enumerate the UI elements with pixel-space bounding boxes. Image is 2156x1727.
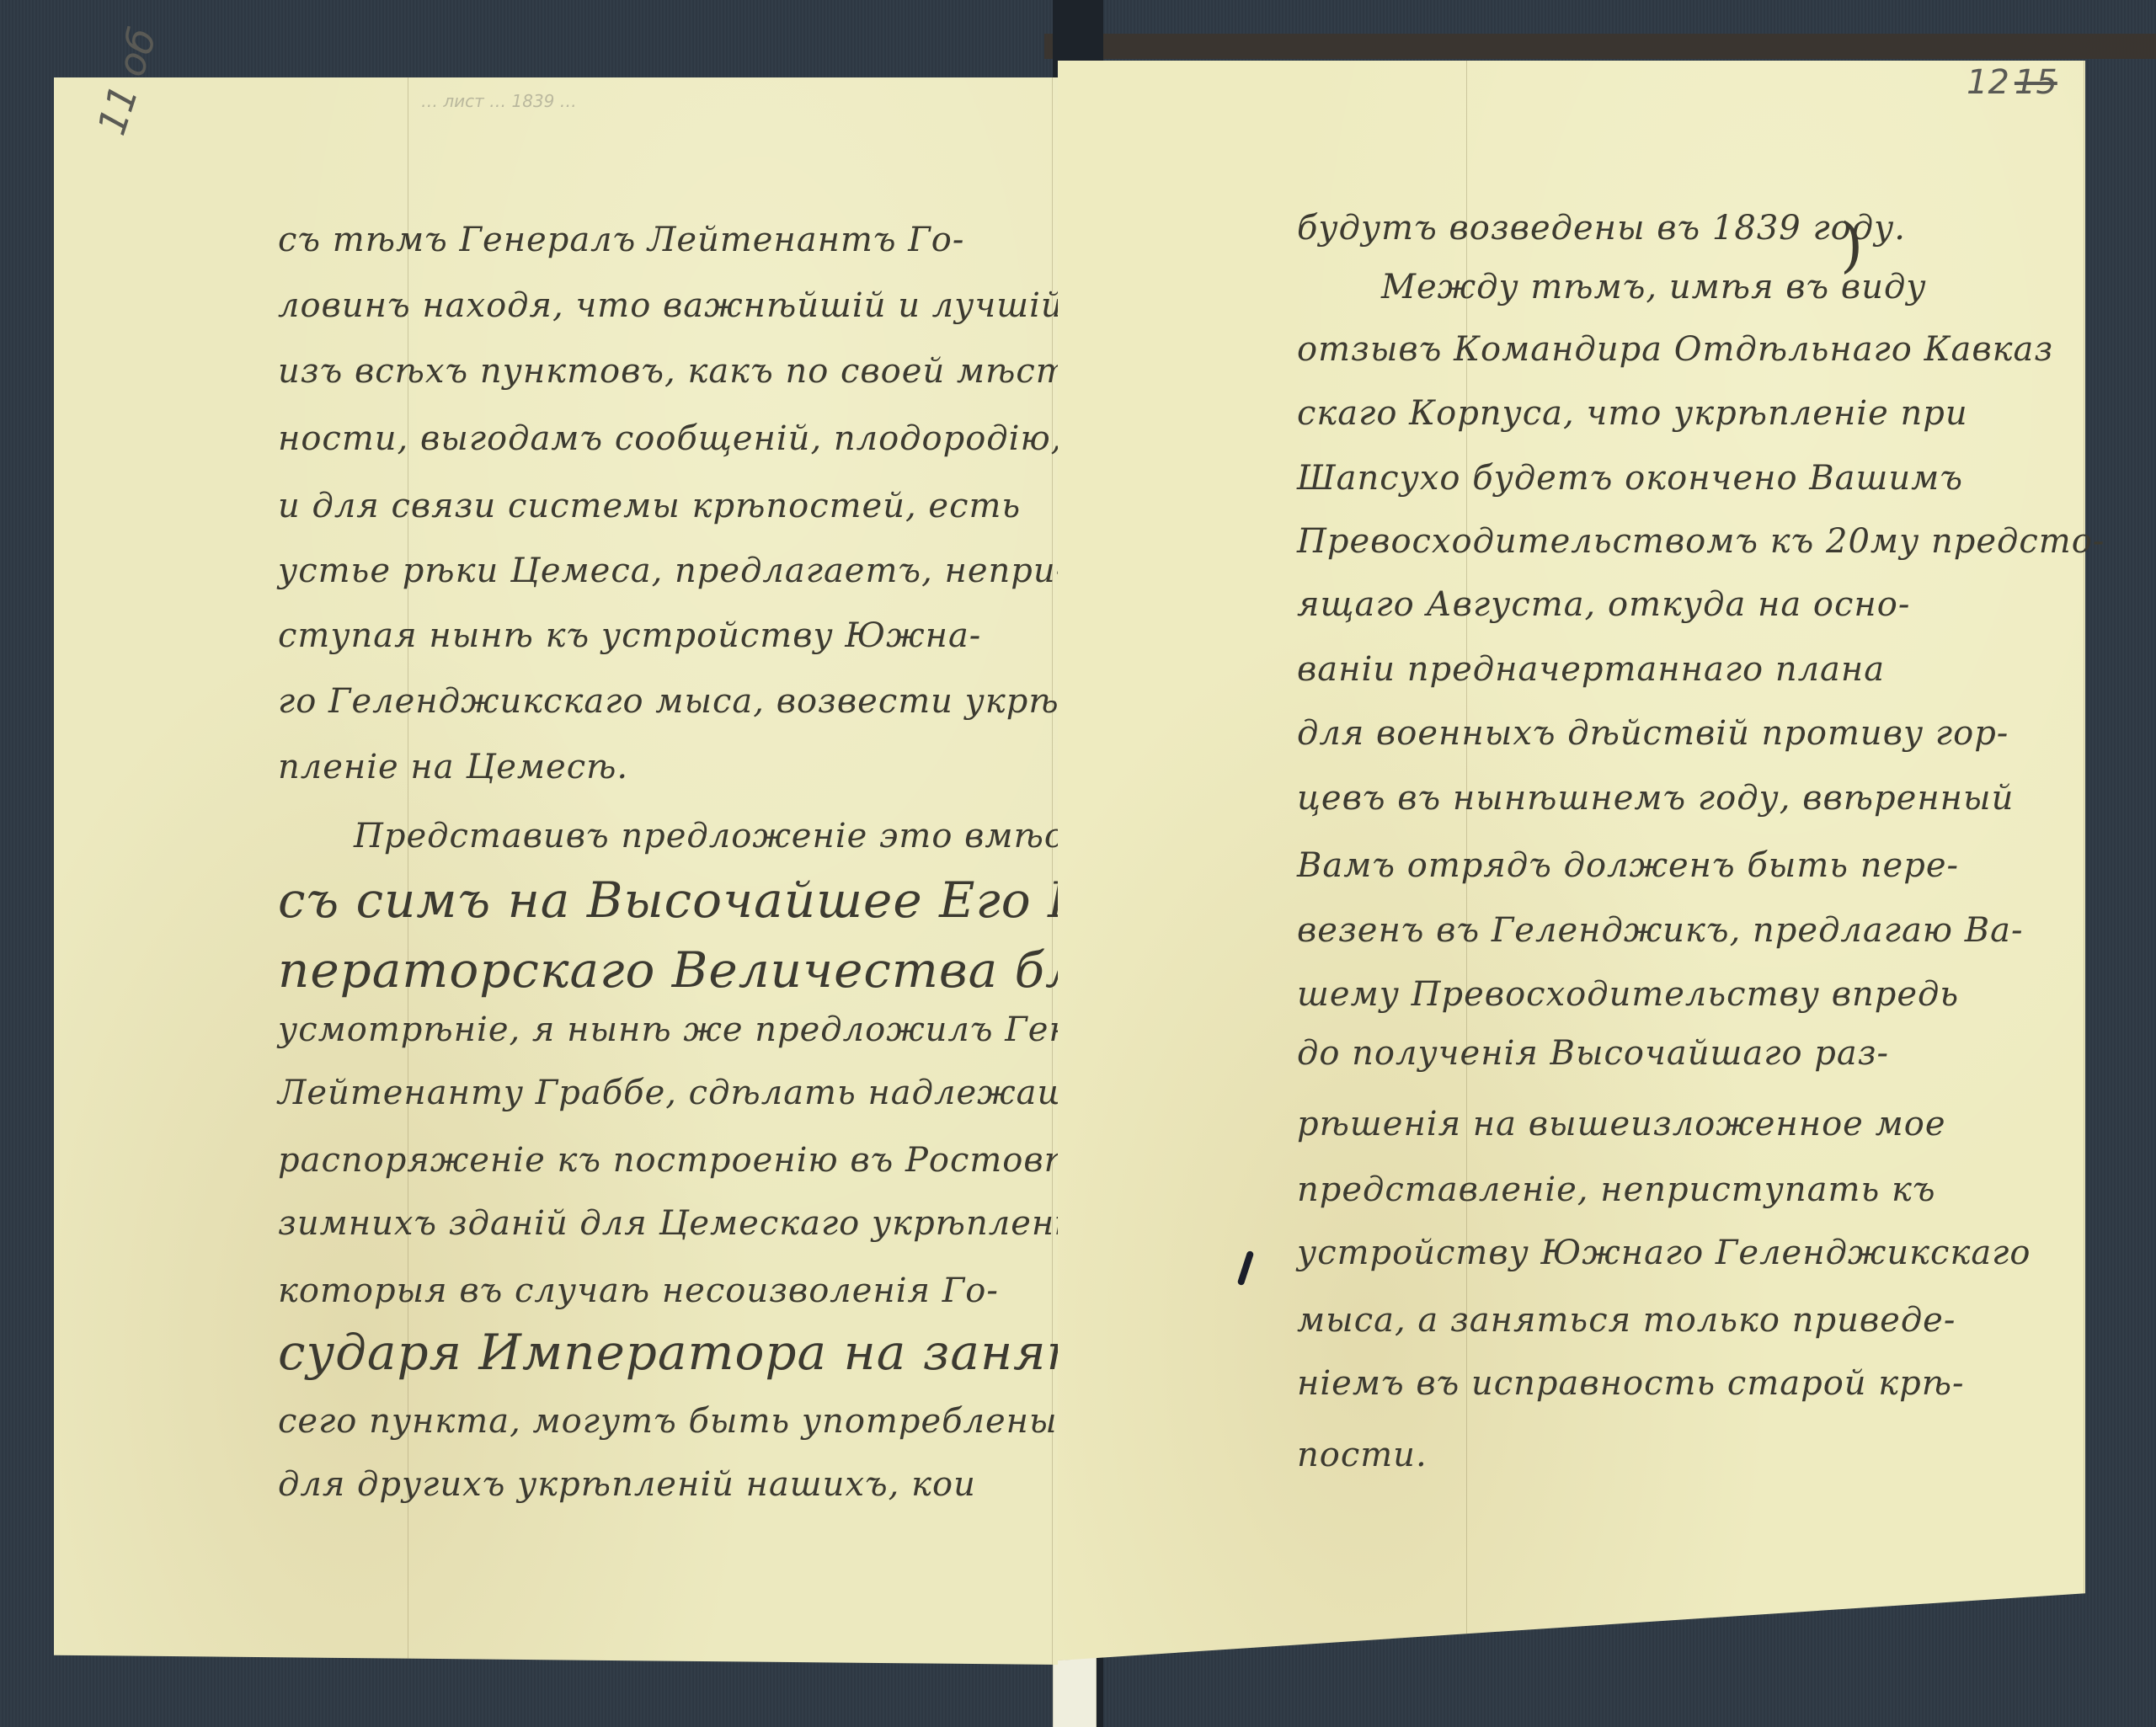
right-line-16: представленіе, неприступать къ: [1297, 1170, 1936, 1209]
left-line-20: для другихъ укрѣпленій нашихъ, кои: [278, 1465, 976, 1504]
left-line-7: ступая нынѣ къ устройству Южна-: [278, 616, 981, 655]
right-line-20: пости.: [1297, 1436, 1428, 1474]
right-line-17: устройству Южнаго Геленджикскаго: [1297, 1234, 2031, 1272]
left-line-19: сего пункта, могутъ быть употреблены: [278, 1402, 1058, 1441]
right-line-14: до полученія Высочайшаго раз-: [1297, 1034, 1889, 1073]
archive-board-top-edge: [1044, 34, 2156, 59]
left-line-2: ловинъ находя, что важнѣйшій и лучшій: [278, 286, 1064, 325]
folio-current: 12: [1967, 63, 2009, 102]
right-line-18: мыса, а заняться только приведе-: [1297, 1301, 1956, 1340]
folio-struck: 15: [2015, 63, 2057, 102]
left-line-3: изъ всѣхъ пунктовъ, какъ по своей мѣст-: [278, 352, 1081, 391]
right-line-11: Вамъ отрядъ долженъ быть пере-: [1297, 846, 1959, 885]
right-line-6: Превосходительствомъ къ 20му предсто-: [1297, 522, 2105, 561]
right-line-12: везенъ въ Геленджикъ, предлагаю Ва-: [1297, 911, 2023, 950]
backing-paper-strip: [1053, 1650, 1097, 1727]
right-line-8: ваніи предначертаннаго плана: [1297, 650, 1885, 689]
left-line-5: и для связи системы крѣпостей, есть: [278, 487, 1021, 525]
left-line-14: Лейтенанту Граббе, сдѣлать надлежащее: [278, 1074, 1113, 1112]
left-line-9: пленіе на Цемесѣ.: [278, 748, 628, 786]
right-folio-number: 1215: [1967, 63, 2057, 102]
right-line-2: Между тѣмъ, имѣя въ виду: [1381, 268, 1927, 306]
left-line-13: усмотрѣніе, я нынѣ же предложилъ Генерал…: [278, 1010, 1182, 1049]
right-line-13: шему Превосходительству впредь: [1297, 975, 1959, 1014]
pencil-note: … лист … 1839 …: [421, 91, 577, 111]
right-line-1: будутъ возведены въ 1839 году.: [1297, 209, 1906, 248]
left-line-17: которыя въ случаѣ несоизволенія Го-: [278, 1271, 999, 1310]
right-line-3: отзывъ Командира Отдѣльнаго Кавказ: [1297, 330, 2053, 369]
left-line-6: устье рѣки Цемеса, предлагаетъ, непри-: [278, 552, 1068, 590]
left-line-16: зимнихъ зданій для Цемескаго укрѣпленія,: [278, 1204, 1101, 1243]
right-line-15: рѣшенія на вышеизложенное мое: [1297, 1105, 1945, 1143]
right-line-9: для военныхъ дѣйствій противу гор-: [1297, 714, 2009, 753]
right-line-10: цевъ въ нынѣшнемъ году, ввѣренный: [1297, 779, 2014, 818]
right-line-4: скаго Корпуса, что укрѣпленіе при: [1297, 394, 1968, 433]
left-line-12: ператорскаго Величества благо-: [278, 941, 1180, 999]
left-line-18: сударя Императора на занятіе: [278, 1324, 1139, 1381]
left-line-8: го Геленджикскаго мыса, возвести укрѣ-: [278, 682, 1071, 721]
left-line-11: съ симъ на Высочайшее Его Им: [278, 871, 1133, 929]
right-line-19: ніемъ въ исправность старой крѣ-: [1297, 1364, 1965, 1403]
right-line-7: ящаго Августа, откуда на осно-: [1297, 585, 1910, 624]
right-line-5: Шапсухо будетъ окончено Вашимъ: [1297, 459, 1963, 498]
right-page-edge-line: [2084, 61, 2084, 1660]
left-line-4: ности, выгодамъ сообщеній, плодородію, т…: [278, 419, 1171, 458]
left-line-15: распоряженіе къ построенію въ Ростовѣ: [278, 1141, 1075, 1180]
left-line-10: Представивъ предложеніе это вмѣстѣ: [354, 817, 1128, 856]
left-line-1: съ тѣмъ Генералъ Лейтенантъ Го-: [278, 221, 964, 259]
